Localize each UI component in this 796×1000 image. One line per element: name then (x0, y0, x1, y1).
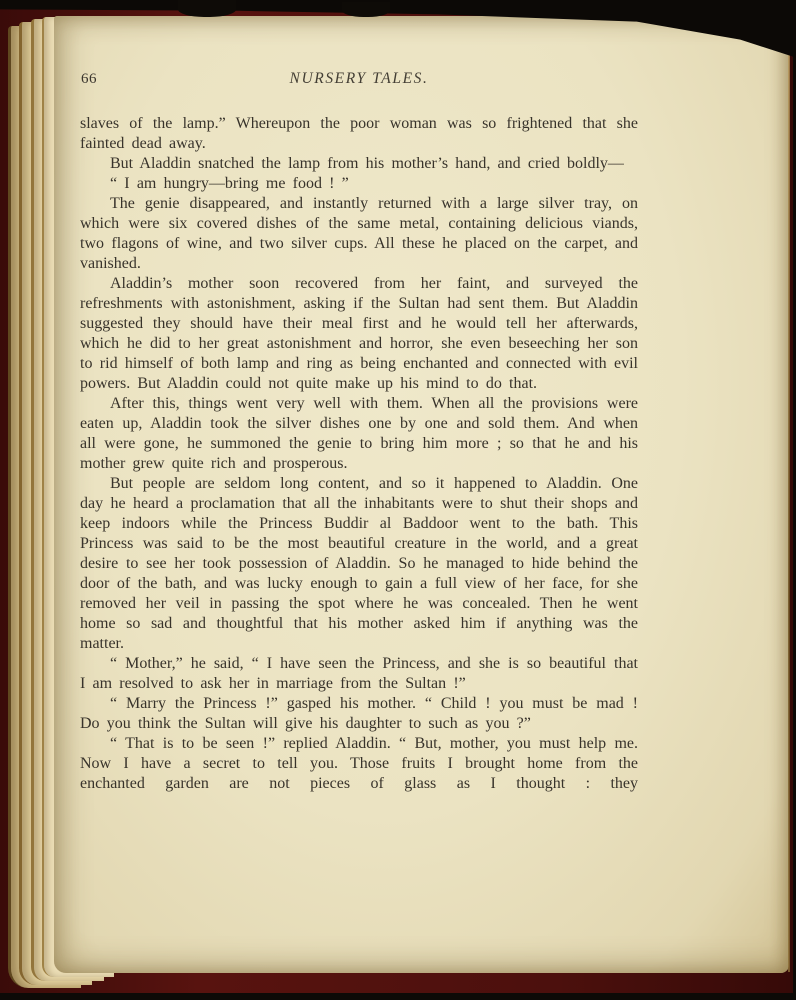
running-title: NURSERY TALES. (80, 70, 638, 88)
paragraph: “ Mother,” he said, “ I have seen the Pr… (80, 654, 638, 694)
paragraph: After this, things went very well with t… (80, 394, 638, 474)
page-body: slaves of the lamp.” Whereupon the poor … (80, 114, 638, 794)
paragraph: slaves of the lamp.” Whereupon the poor … (80, 114, 638, 154)
paragraph: “ That is to be seen !” replied Aladdin.… (80, 734, 638, 794)
page-content: 66 NURSERY TALES. slaves of the lamp.” W… (80, 70, 638, 794)
binding-shadow (342, 2, 390, 17)
page-right-edge (788, 34, 790, 972)
paragraph: But Aladdin snatched the lamp from his m… (80, 154, 638, 174)
paragraph: “ I am hungry—bring me food ! ” (80, 174, 638, 194)
paragraph: But people are seldom long content, and … (80, 474, 638, 654)
book-photo: 66 NURSERY TALES. slaves of the lamp.” W… (0, 0, 796, 1000)
page-number: 66 (81, 71, 97, 88)
paragraph: “ Marry the Princess !” gasped his mothe… (80, 694, 638, 734)
paragraph: Aladdin’s mother soon recovered from her… (80, 274, 638, 394)
paragraph: The genie disappeared, and instantly ret… (80, 194, 638, 274)
page-header: 66 NURSERY TALES. (80, 70, 638, 90)
binding-shadow (178, 0, 236, 17)
